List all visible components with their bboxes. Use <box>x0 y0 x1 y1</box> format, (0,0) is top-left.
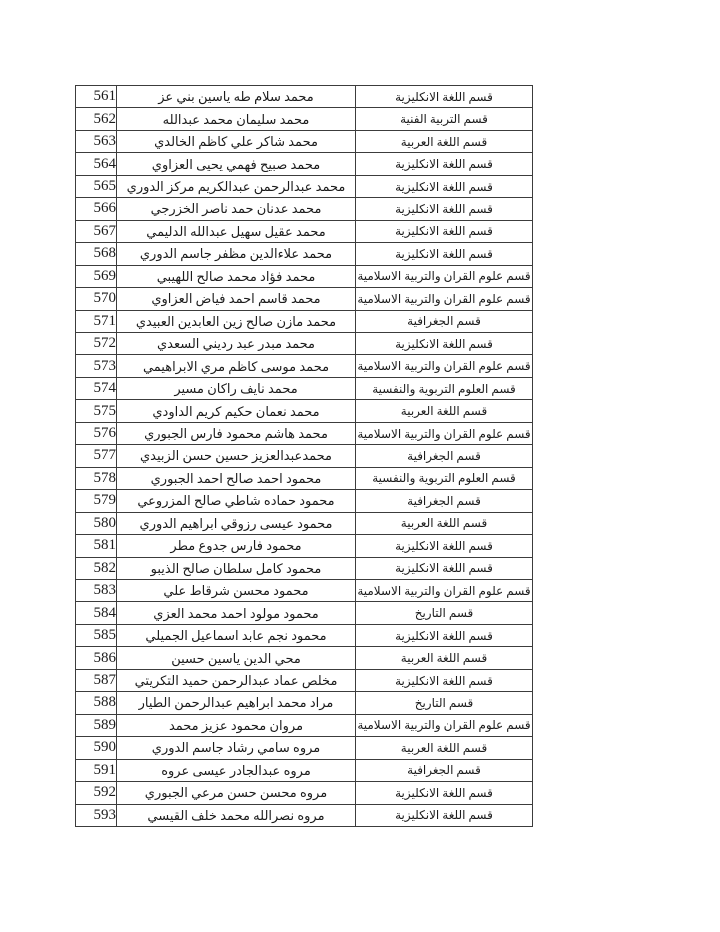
table-row: 565محمد عبدالرحمن عبدالكريم مركز الدوريق… <box>76 175 533 197</box>
department-cell: قسم التربية الفنية <box>356 108 533 130</box>
table-row: 577محمدعبدالعزيز حسين حسن الزبيديقسم الج… <box>76 445 533 467</box>
department-cell: قسم اللغة الانكليزية <box>356 198 533 220</box>
table-row: 572محمد مبدر عبد رديني السعديقسم اللغة ا… <box>76 332 533 354</box>
row-number-cell: 584 <box>76 602 117 624</box>
person-name-cell: محمد عقيل سهيل عبدالله الدليمي <box>117 220 356 242</box>
table-row: 566محمد عدنان حمد ناصر الخزرجيقسم اللغة … <box>76 198 533 220</box>
person-name-cell: مروه نصرالله محمد خلف القيسي <box>117 804 356 827</box>
row-number-cell: 571 <box>76 310 117 332</box>
table-row: 563محمد شاكر علي كاظم الخالديقسم اللغة ا… <box>76 130 533 152</box>
department-cell: قسم اللغة الانكليزية <box>356 804 533 827</box>
department-cell: قسم اللغة العربية <box>356 512 533 534</box>
person-name-cell: محمود محسن شرقاط علي <box>117 579 356 601</box>
person-name-cell: محمود احمد صالح احمد الجبوري <box>117 467 356 489</box>
person-name-cell: محمد شاكر علي كاظم الخالدي <box>117 130 356 152</box>
table-row: 592مروه محسن حسن مرعي الجبوريقسم اللغة ا… <box>76 782 533 804</box>
department-cell: قسم علوم القران والتربية الاسلامية <box>356 579 533 601</box>
department-cell: قسم اللغة الانكليزية <box>356 175 533 197</box>
row-number-cell: 562 <box>76 108 117 130</box>
row-number-cell: 574 <box>76 377 117 399</box>
person-name-cell: مراد محمد ابراهيم عبدالرحمن الطيار <box>117 692 356 714</box>
table-row: 584محمود مولود احمد محمد العزيقسم التاري… <box>76 602 533 624</box>
row-number-cell: 563 <box>76 130 117 152</box>
person-name-cell: محمد صبيح فهمي يحيى العزاوي <box>117 153 356 175</box>
row-number-cell: 570 <box>76 288 117 310</box>
department-cell: قسم اللغة الانكليزية <box>356 535 533 557</box>
row-number-cell: 565 <box>76 175 117 197</box>
table-row: 586محي الدين ياسين حسينقسم اللغة العربية <box>76 647 533 669</box>
person-name-cell: محمود نجم عابد اسماعيل الجميلي <box>117 624 356 646</box>
department-cell: قسم اللغة الانكليزية <box>356 153 533 175</box>
person-name-cell: محمود عيسى رزوقي ابراهيم الدوري <box>117 512 356 534</box>
department-cell: قسم علوم القران والتربية الاسلامية <box>356 288 533 310</box>
row-number-cell: 583 <box>76 579 117 601</box>
person-name-cell: محمد نايف راكان مسير <box>117 377 356 399</box>
department-cell: قسم الجغرافية <box>356 310 533 332</box>
table-row: 579محمود حماده شاطي صالح المزروعيقسم الج… <box>76 490 533 512</box>
row-number-cell: 572 <box>76 332 117 354</box>
department-cell: قسم اللغة العربية <box>356 400 533 422</box>
person-name-cell: مخلص عماد عبدالرحمن حميد التكريتي <box>117 669 356 691</box>
department-cell: قسم اللغة العربية <box>356 737 533 759</box>
roster-table-body: 561محمد سلام طه ياسين بني عزقسم اللغة ال… <box>76 86 533 827</box>
table-row: 569محمد فؤاد محمد صالح اللهيبيقسم علوم ا… <box>76 265 533 287</box>
department-cell: قسم العلوم التربوية والنفسية <box>356 377 533 399</box>
table-row: 590مروه سامي رشاد جاسم الدوريقسم اللغة ا… <box>76 737 533 759</box>
person-name-cell: محمد هاشم محمود فارس الجبوري <box>117 422 356 444</box>
department-cell: قسم علوم القران والتربية الاسلامية <box>356 714 533 736</box>
department-cell: قسم التاريخ <box>356 602 533 624</box>
table-row: 564محمد صبيح فهمي يحيى العزاويقسم اللغة … <box>76 153 533 175</box>
person-name-cell: محمد مازن صالح زين العابدين العبيدي <box>117 310 356 332</box>
person-name-cell: محي الدين ياسين حسين <box>117 647 356 669</box>
row-number-cell: 580 <box>76 512 117 534</box>
row-number-cell: 587 <box>76 669 117 691</box>
table-row: 571محمد مازن صالح زين العابدين العبيديقس… <box>76 310 533 332</box>
row-number-cell: 588 <box>76 692 117 714</box>
row-number-cell: 575 <box>76 400 117 422</box>
row-number-cell: 568 <box>76 243 117 265</box>
person-name-cell: محمد فؤاد محمد صالح اللهيبي <box>117 265 356 287</box>
row-number-cell: 586 <box>76 647 117 669</box>
person-name-cell: محمد قاسم احمد فياض العزاوي <box>117 288 356 310</box>
person-name-cell: مروه عبدالجادر عيسى عروه <box>117 759 356 781</box>
table-row: 591مروه عبدالجادر عيسى عروهقسم الجغرافية <box>76 759 533 781</box>
department-cell: قسم اللغة العربية <box>356 647 533 669</box>
department-cell: قسم اللغة الانكليزية <box>356 332 533 354</box>
table-row: 576محمد هاشم محمود فارس الجبوريقسم علوم … <box>76 422 533 444</box>
row-number-cell: 593 <box>76 804 117 827</box>
person-name-cell: محمدعبدالعزيز حسين حسن الزبيدي <box>117 445 356 467</box>
department-cell: قسم اللغة الانكليزية <box>356 669 533 691</box>
table-row: 561محمد سلام طه ياسين بني عزقسم اللغة ال… <box>76 86 533 108</box>
table-row: 589مروان محمود عزيز محمدقسم علوم القران … <box>76 714 533 736</box>
roster-table: 561محمد سلام طه ياسين بني عزقسم اللغة ال… <box>75 85 533 827</box>
person-name-cell: محمد نعمان حكيم كريم الداودي <box>117 400 356 422</box>
table-row: 573محمد موسى كاظم مري الابراهيميقسم علوم… <box>76 355 533 377</box>
department-cell: قسم الجغرافية <box>356 490 533 512</box>
table-row: 583محمود محسن شرقاط عليقسم علوم القران و… <box>76 579 533 601</box>
department-cell: قسم اللغة الانكليزية <box>356 782 533 804</box>
row-number-cell: 590 <box>76 737 117 759</box>
person-name-cell: محمد عدنان حمد ناصر الخزرجي <box>117 198 356 220</box>
person-name-cell: مروه سامي رشاد جاسم الدوري <box>117 737 356 759</box>
table-row: 568محمد علاءالدين مظفر جاسم الدوريقسم ال… <box>76 243 533 265</box>
department-cell: قسم اللغة الانكليزية <box>356 243 533 265</box>
department-cell: قسم الجغرافية <box>356 759 533 781</box>
table-row: 562محمد سليمان محمد عبداللهقسم التربية ا… <box>76 108 533 130</box>
table-row: 578محمود احمد صالح احمد الجبوريقسم العلو… <box>76 467 533 489</box>
row-number-cell: 589 <box>76 714 117 736</box>
person-name-cell: محمود مولود احمد محمد العزي <box>117 602 356 624</box>
row-number-cell: 582 <box>76 557 117 579</box>
table-row: 575محمد نعمان حكيم كريم الداوديقسم اللغة… <box>76 400 533 422</box>
department-cell: قسم العلوم التربوية والنفسية <box>356 467 533 489</box>
table-row: 588مراد محمد ابراهيم عبدالرحمن الطيارقسم… <box>76 692 533 714</box>
department-cell: قسم علوم القران والتربية الاسلامية <box>356 265 533 287</box>
table-row: 574محمد نايف راكان مسيرقسم العلوم التربو… <box>76 377 533 399</box>
table-row: 570محمد قاسم احمد فياض العزاويقسم علوم ا… <box>76 288 533 310</box>
department-cell: قسم الجغرافية <box>356 445 533 467</box>
table-row: 567محمد عقيل سهيل عبدالله الدليميقسم الل… <box>76 220 533 242</box>
table-row: 593مروه نصرالله محمد خلف القيسيقسم اللغة… <box>76 804 533 827</box>
row-number-cell: 573 <box>76 355 117 377</box>
row-number-cell: 577 <box>76 445 117 467</box>
row-number-cell: 592 <box>76 782 117 804</box>
department-cell: قسم علوم القران والتربية الاسلامية <box>356 355 533 377</box>
person-name-cell: محمد علاءالدين مظفر جاسم الدوري <box>117 243 356 265</box>
person-name-cell: مروان محمود عزيز محمد <box>117 714 356 736</box>
person-name-cell: محمد سلام طه ياسين بني عز <box>117 86 356 108</box>
department-cell: قسم اللغة الانكليزية <box>356 624 533 646</box>
table-row: 580محمود عيسى رزوقي ابراهيم الدوريقسم ال… <box>76 512 533 534</box>
row-number-cell: 564 <box>76 153 117 175</box>
person-name-cell: محمد سليمان محمد عبدالله <box>117 108 356 130</box>
row-number-cell: 567 <box>76 220 117 242</box>
row-number-cell: 576 <box>76 422 117 444</box>
person-name-cell: محمد مبدر عبد رديني السعدي <box>117 332 356 354</box>
row-number-cell: 581 <box>76 535 117 557</box>
table-row: 587مخلص عماد عبدالرحمن حميد التكريتيقسم … <box>76 669 533 691</box>
department-cell: قسم اللغة الانكليزية <box>356 220 533 242</box>
row-number-cell: 591 <box>76 759 117 781</box>
row-number-cell: 585 <box>76 624 117 646</box>
scanned-roster-page: 561محمد سلام طه ياسين بني عزقسم اللغة ال… <box>0 0 720 932</box>
row-number-cell: 561 <box>76 86 117 108</box>
person-name-cell: محمود كامل سلطان صالح الذيبو <box>117 557 356 579</box>
table-row: 581محمود فارس جدوع مطرقسم اللغة الانكليز… <box>76 535 533 557</box>
person-name-cell: محمد موسى كاظم مري الابراهيمي <box>117 355 356 377</box>
row-number-cell: 566 <box>76 198 117 220</box>
person-name-cell: محمد عبدالرحمن عبدالكريم مركز الدوري <box>117 175 356 197</box>
table-row: 585محمود نجم عابد اسماعيل الجميليقسم الل… <box>76 624 533 646</box>
row-number-cell: 579 <box>76 490 117 512</box>
row-number-cell: 569 <box>76 265 117 287</box>
department-cell: قسم علوم القران والتربية الاسلامية <box>356 422 533 444</box>
person-name-cell: مروه محسن حسن مرعي الجبوري <box>117 782 356 804</box>
person-name-cell: محمود حماده شاطي صالح المزروعي <box>117 490 356 512</box>
table-row: 582محمود كامل سلطان صالح الذيبوقسم اللغة… <box>76 557 533 579</box>
row-number-cell: 578 <box>76 467 117 489</box>
department-cell: قسم اللغة الانكليزية <box>356 557 533 579</box>
department-cell: قسم اللغة العربية <box>356 130 533 152</box>
department-cell: قسم اللغة الانكليزية <box>356 86 533 108</box>
department-cell: قسم التاريخ <box>356 692 533 714</box>
person-name-cell: محمود فارس جدوع مطر <box>117 535 356 557</box>
